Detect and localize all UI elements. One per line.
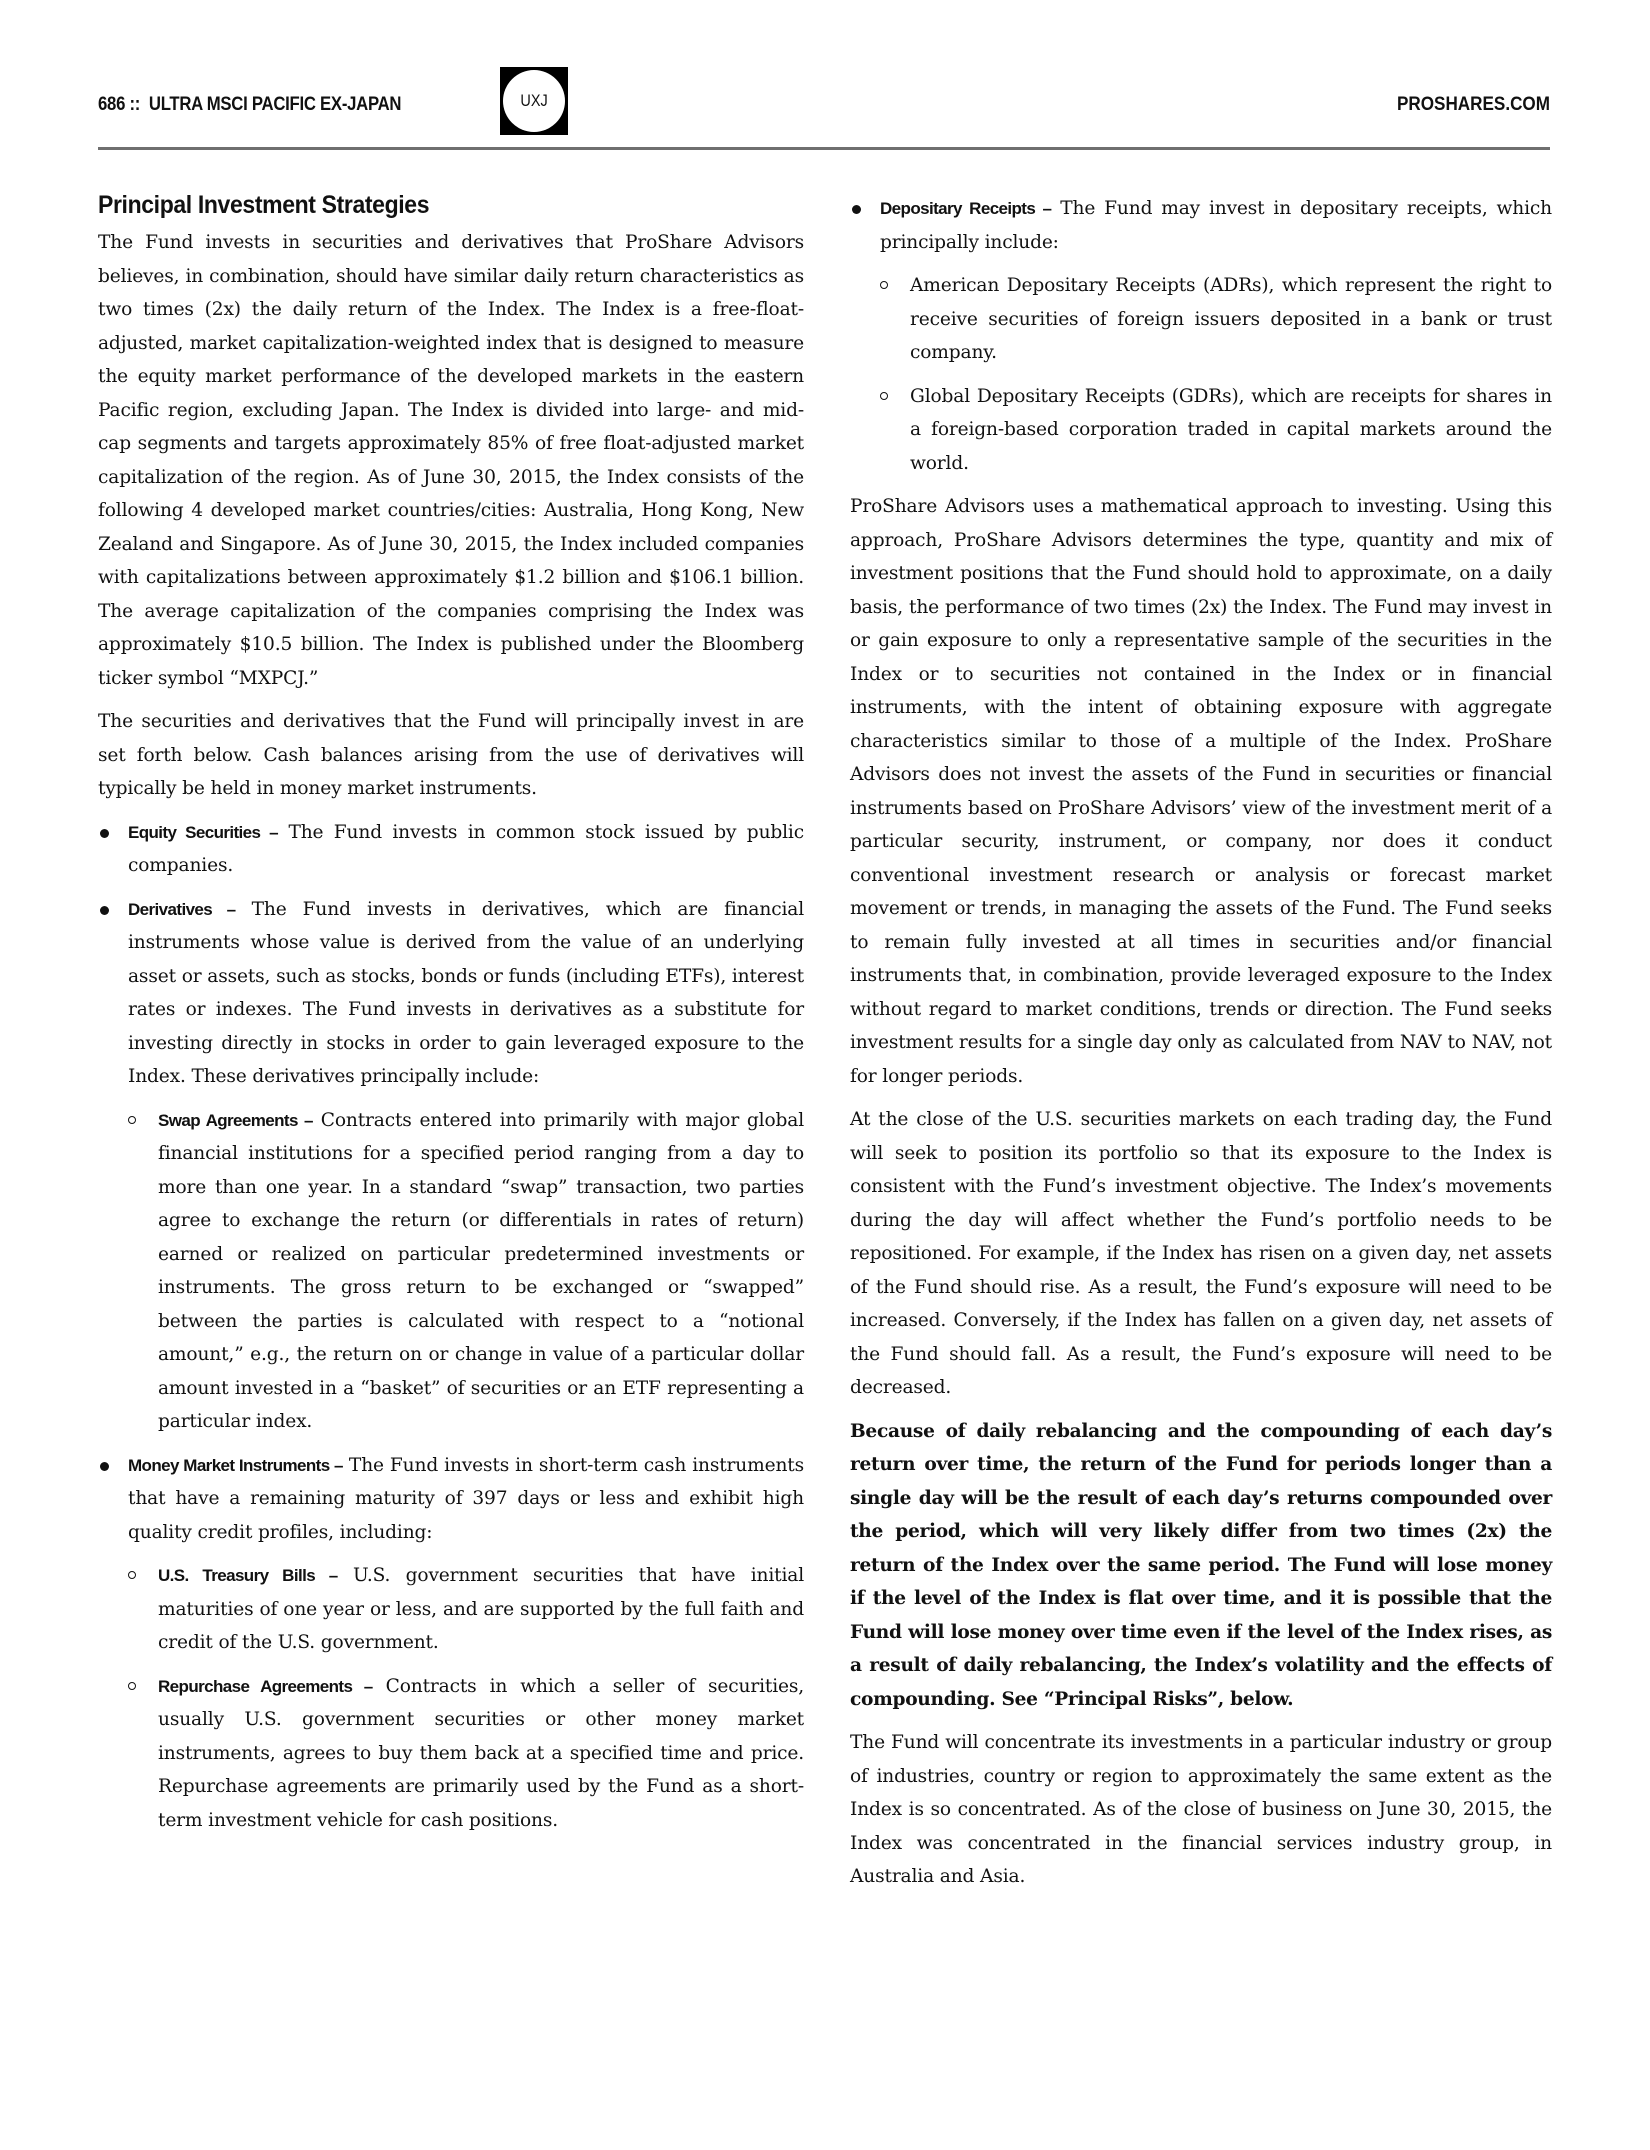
ticker-label: UXJ bbox=[520, 91, 547, 111]
paragraph-daily-repositioning: At the close of the U.S. securities mark… bbox=[850, 1103, 1552, 1405]
subitem-adrs: American Depositary Receipts (ADRs), whi… bbox=[850, 269, 1552, 370]
hollow-bullet-icon bbox=[128, 1682, 136, 1690]
bullet-derivatives: Derivatives – The Fund invests in deriva… bbox=[98, 893, 804, 1094]
header-title: 686 :: ULTRA MSCI PACIFIC EX-JAPAN bbox=[98, 94, 401, 116]
subitem-text: Contracts in which a seller of securitie… bbox=[158, 1676, 804, 1831]
right-column: Depositary Receipts – The Fund may inves… bbox=[850, 192, 1552, 1904]
website-label: PROSHARES.COM bbox=[1397, 94, 1550, 116]
subitem-term: Swap Agreements – bbox=[158, 1111, 313, 1130]
bullet-icon bbox=[100, 1462, 109, 1471]
subitem-text: Contracts entered into primarily with ma… bbox=[158, 1110, 804, 1433]
section-title: Principal Investment Strategies bbox=[98, 188, 748, 222]
subitem-text: Global Depositary Receipts (GDRs), which… bbox=[910, 386, 1552, 474]
bullet-icon bbox=[852, 205, 861, 214]
left-column: Principal Investment Strategies The Fund… bbox=[98, 188, 804, 1847]
bullet-term: Money Market Instruments – bbox=[128, 1456, 343, 1475]
subitem-swap-agreements: Swap Agreements – Contracts entered into… bbox=[98, 1104, 804, 1439]
hollow-bullet-icon bbox=[880, 281, 888, 289]
bullet-term: Derivatives – bbox=[128, 900, 235, 919]
bullet-term: Depositary Receipts – bbox=[880, 199, 1051, 218]
bullet-depositary-receipts: Depositary Receipts – The Fund may inves… bbox=[850, 192, 1552, 259]
subitem-repurchase-agreements: Repurchase Agreements – Contracts in whi… bbox=[98, 1670, 804, 1838]
bullet-text: The Fund invests in derivatives, which a… bbox=[128, 899, 804, 1088]
paragraph-index-description: The Fund invests in securities and deriv… bbox=[98, 226, 804, 695]
paragraph-mathematical-approach: ProShare Advisors uses a mathematical ap… bbox=[850, 490, 1552, 1093]
subitem-gdrs: Global Depositary Receipts (GDRs), which… bbox=[850, 380, 1552, 481]
subitem-text: American Depositary Receipts (ADRs), whi… bbox=[910, 275, 1552, 363]
subitem-term: Repurchase Agreements – bbox=[158, 1677, 373, 1696]
page-number: 686 bbox=[98, 94, 125, 115]
bullet-money-market-instruments: Money Market Instruments – The Fund inve… bbox=[98, 1449, 804, 1550]
bullet-icon bbox=[100, 906, 109, 915]
page-header: 686 :: ULTRA MSCI PACIFIC EX-JAPAN UXJ P… bbox=[98, 58, 1550, 150]
ticker-badge: UXJ bbox=[500, 67, 568, 135]
hollow-bullet-icon bbox=[128, 1116, 136, 1124]
header-separator: :: bbox=[130, 94, 141, 115]
ticker-badge-circle: UXJ bbox=[503, 70, 565, 132]
bullet-icon bbox=[100, 829, 109, 838]
paragraph-securities-intro: The securities and derivatives that the … bbox=[98, 705, 804, 806]
subitem-term: U.S. Treasury Bills – bbox=[158, 1566, 338, 1585]
hollow-bullet-icon bbox=[128, 1571, 136, 1579]
bullet-equity-securities: Equity Securities – The Fund invests in … bbox=[98, 816, 804, 883]
subitem-treasury-bills: U.S. Treasury Bills – U.S. government se… bbox=[98, 1559, 804, 1660]
hollow-bullet-icon bbox=[880, 392, 888, 400]
paragraph-compounding-warning: Because of daily rebalancing and the com… bbox=[850, 1415, 1552, 1717]
bullet-term: Equity Securities – bbox=[128, 823, 278, 842]
header-divider bbox=[98, 147, 1550, 150]
paragraph-concentration: The Fund will concentrate its investment… bbox=[850, 1726, 1552, 1894]
fund-name: ULTRA MSCI PACIFIC EX-JAPAN bbox=[149, 94, 401, 115]
